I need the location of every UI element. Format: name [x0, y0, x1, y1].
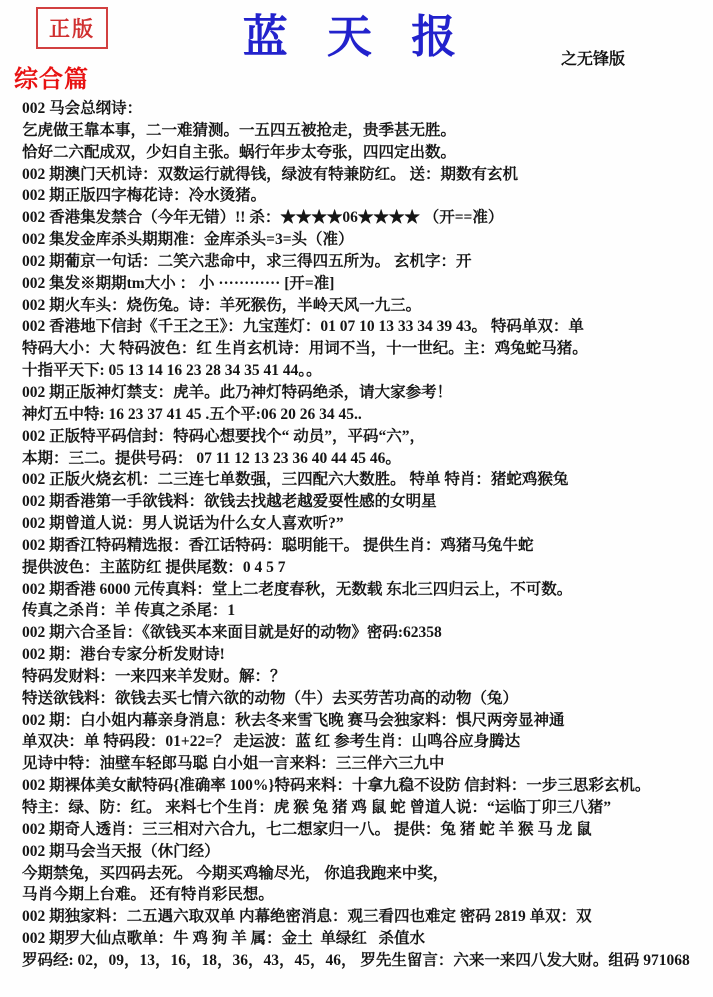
text-line: 特送欲钱料：欲钱去买七情六欲的动物（牛）去买劳苦功高的动物（兔）: [22, 688, 711, 710]
section-heading: 综合篇: [14, 59, 89, 94]
text-line: 见诗中特：油壁车轻郎马聪 白小姐一言来料：三三伴六三九中: [22, 753, 711, 775]
text-line: 002 期火车头：烧伤兔。诗：羊死猴伤，半岭天风一九三。: [22, 295, 711, 317]
text-line: 002 期：港台专家分析发财诗!: [22, 644, 711, 666]
text-line: 002 香港集发禁合（今年无错）!! 杀：★★★★06★★★★ （开==准）: [22, 207, 711, 229]
text-line: 002 期六合圣旨：《欲钱买本来面目就是好的动物》密码:62358: [22, 622, 711, 644]
text-line: 002 香港地下信封《千王之王》：九宝莲灯：01 07 10 13 33 34 …: [22, 316, 711, 338]
newspaper-page: 正版 蓝 天 报 之无锋版 综合篇 002 马会总纲诗： 乞虎做王靠本事，二一难…: [0, 0, 713, 997]
text-line: 传真之杀肖：羊 传真之杀尾：1: [22, 600, 711, 622]
text-line: 十指平天下: 05 13 14 16 23 28 34 35 41 44。。: [22, 360, 711, 382]
text-line: 002 正版特平码信封：特码心想要找个“ 动员”，平码“六”，: [22, 426, 711, 448]
text-line: 单双决：单 特码段：01+22=？ 走运波：蓝 红 参考生肖：山鸣谷应身腾达: [22, 731, 711, 753]
text-line: 特码发财料：一来四来羊发财。解：？: [22, 666, 711, 688]
text-line: 002 期奇人透肖：三三相对六合九，七二想家归一八。 提供：兔 猪 蛇 羊 猴 …: [22, 819, 711, 841]
text-line: 002 期澳门天机诗：双数运行就得钱，绿波有特兼防红。 送：期数有玄机: [22, 164, 711, 186]
text-line: 002 期正版神灯禁支：虎羊。此乃神灯特码绝杀，请大家参考！: [22, 382, 711, 404]
text-line: 002 马会总纲诗：: [22, 98, 711, 120]
text-line: 002 期：白小姐内幕亲身消息：秋去冬来雪飞晚 赛马会独家料：惧尺两旁显神通: [22, 710, 711, 732]
text-line: 002 集发金库杀头期期准：金库杀头=3=头（准）: [22, 229, 711, 251]
text-line: 002 期罗大仙点歌单：牛 鸡 狗 羊 属：金土 单绿红 杀值水: [22, 928, 711, 950]
text-line: 特码大小：大 特码波色：红 生肖玄机诗：用词不当，十一世纪。主：鸡兔蛇马猪。: [22, 338, 711, 360]
text-line: 本期：三二。提供号码： 07 11 12 13 23 36 40 44 45 4…: [22, 448, 711, 470]
text-line: 马肖今期上台难。 还有特肖彩民想。: [22, 884, 711, 906]
text-line: 002 期香港 6000 元传真料：堂上二老度春秋，无数载 东北三四归云上，不可…: [22, 579, 711, 601]
edition-label: 之无锋版: [561, 46, 625, 69]
text-line: 002 正版火烧玄机：二三连七单数强，三四配六大数胜。 特单 特肖：猪蛇鸡猴兔: [22, 469, 711, 491]
report-body: 002 马会总纲诗： 乞虎做王靠本事，二一难猜测。一五四五被抢走，贵季甚无胜。 …: [22, 98, 711, 972]
text-line: 002 期裸体美女献特码{准确率 100%}特码来料：十拿九稳不设防 信封料：一…: [22, 775, 711, 797]
text-line: 002 期曾道人说：男人说话为什么女人喜欢听?”: [22, 513, 711, 535]
text-line: 乞虎做王靠本事，二一难猜测。一五四五被抢走，贵季甚无胜。: [22, 120, 711, 142]
text-line: 今期禁兔，买四码去死。 今期买鸡输尽光， 你追我跑来中奖，: [22, 863, 711, 885]
text-line: 002 期香江特码精选报：香江话特码：聪明能干。 提供生肖：鸡猪马兔牛蛇: [22, 535, 711, 557]
text-line: 特主：绿、防：红。 来料七个生肖：虎 猴 兔 猪 鸡 鼠 蛇 曾道人说：“运临丁…: [22, 797, 711, 819]
text-line: 罗码经: 02，09，13，16，18，36，43，45，46， 罗先生留言：六…: [22, 950, 711, 972]
text-line: 002 期正版四字梅花诗：冷水烫猪。: [22, 185, 711, 207]
text-line: 002 期独家料：二五遇六取双单 内幕绝密消息：观三看四也难定 密码 2819 …: [22, 906, 711, 928]
text-line: 恰好二六配成双，少妇自主张。蜗行年步太夸张，四四定出数。: [22, 142, 711, 164]
text-line: 002 期香港第一手欲钱料：欲钱去找越老越爱耍性感的女明星: [22, 491, 711, 513]
text-line: 002 期葡京一句话：二笑六悲命中，求三得四五所为。 玄机字：开: [22, 251, 711, 273]
text-line: 神灯五中特: 16 23 37 41 45 .五个平:06 20 26 34 4…: [22, 404, 711, 426]
text-line: 002 集发※期期tm大小 ： 小 ············ [开=准]: [22, 273, 711, 295]
text-line: 002 期马会当天报（休门经）: [22, 841, 711, 863]
text-line: 提供波色：主蓝防红 提供尾数：0 4 5 7: [22, 557, 711, 579]
